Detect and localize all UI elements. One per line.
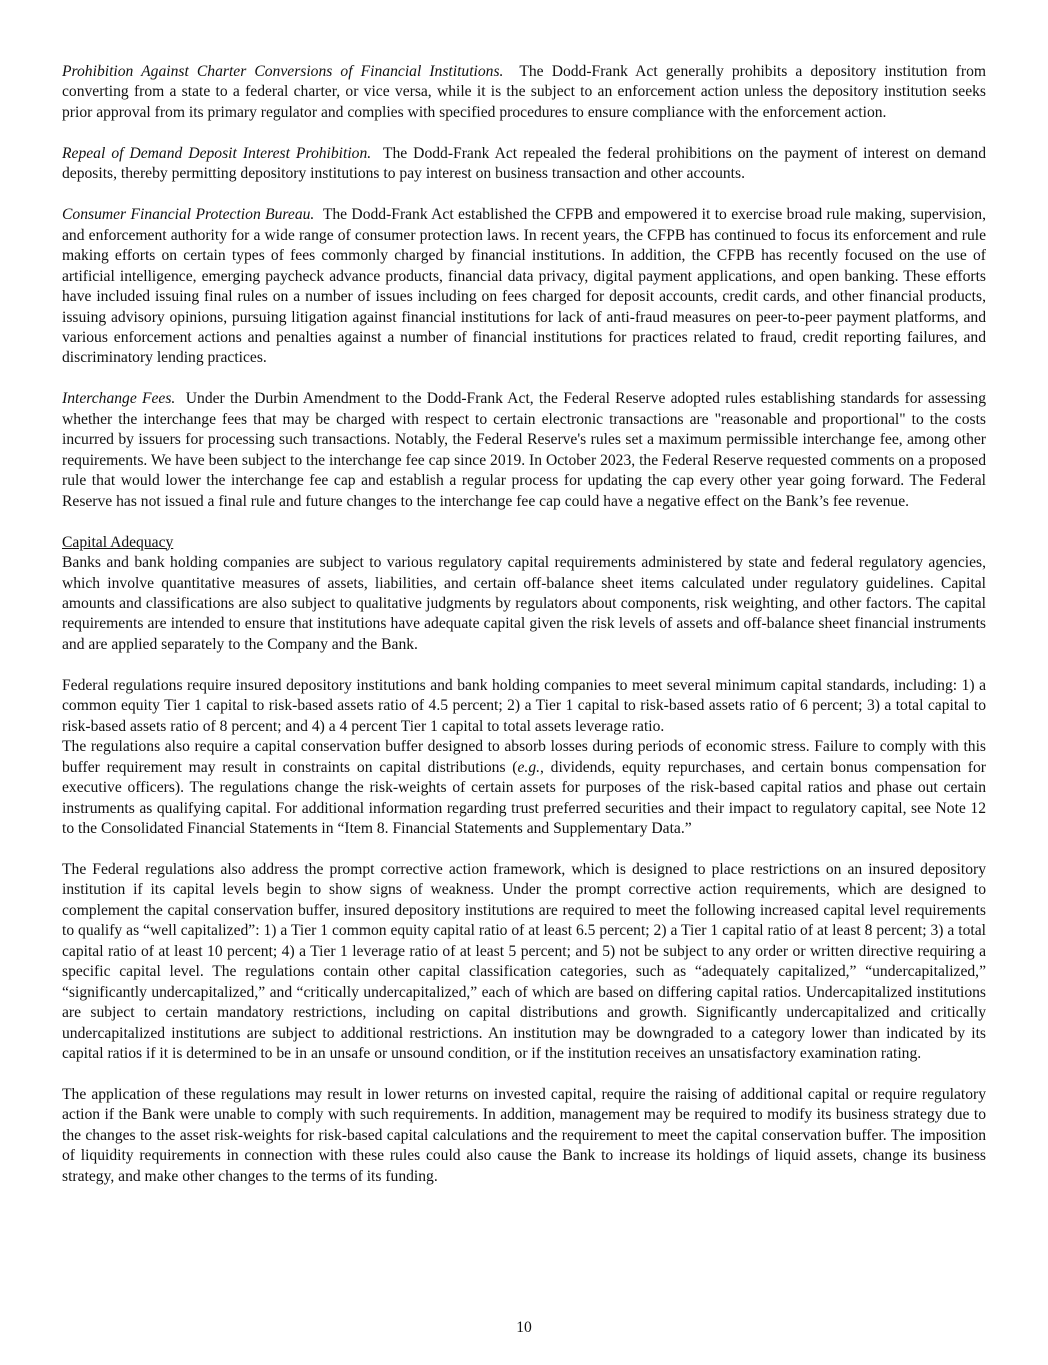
paragraph-body: The Dodd-Frank Act established the CFPB … [62, 206, 986, 366]
paragraph-lead-heading: Repeal of Demand Deposit Interest Prohib… [62, 145, 371, 162]
paragraph-body: Under the Durbin Amendment to the Dodd-F… [62, 390, 986, 509]
paragraph-demand-deposit-interest: Repeal of Demand Deposit Interest Prohib… [62, 144, 986, 185]
paragraph-application-of-regulations: The application of these regulations may… [62, 1085, 986, 1187]
paragraph-lead-heading: Interchange Fees. [62, 390, 175, 407]
paragraph-cfpb: Consumer Financial Protection Bureau. Th… [62, 205, 986, 369]
paragraph-minimum-capital-standards: Federal regulations require insured depo… [62, 676, 986, 737]
paragraph-lead-heading: Prohibition Against Charter Conversions … [62, 63, 503, 80]
paragraph-lead-heading: Consumer Financial Protection Bureau. [62, 206, 314, 223]
paragraph-charter-conversions: Prohibition Against Charter Conversions … [62, 62, 986, 123]
document-page: Prohibition Against Charter Conversions … [62, 62, 986, 1208]
abbreviation-eg: e.g. [518, 759, 541, 776]
page-number: 10 [0, 1318, 1048, 1338]
paragraph-prompt-corrective-action: The Federal regulations also address the… [62, 860, 986, 1065]
section-heading-capital-adequacy: Capital Adequacy [62, 533, 986, 553]
section-capital-adequacy: Capital Adequacy Banks and bank holding … [62, 533, 986, 1188]
paragraph-capital-conservation-buffer: The regulations also require a capital c… [62, 737, 986, 839]
paragraph-capital-intro: Banks and bank holding companies are sub… [62, 553, 986, 655]
paragraph-interchange-fees: Interchange Fees. Under the Durbin Amend… [62, 389, 986, 512]
